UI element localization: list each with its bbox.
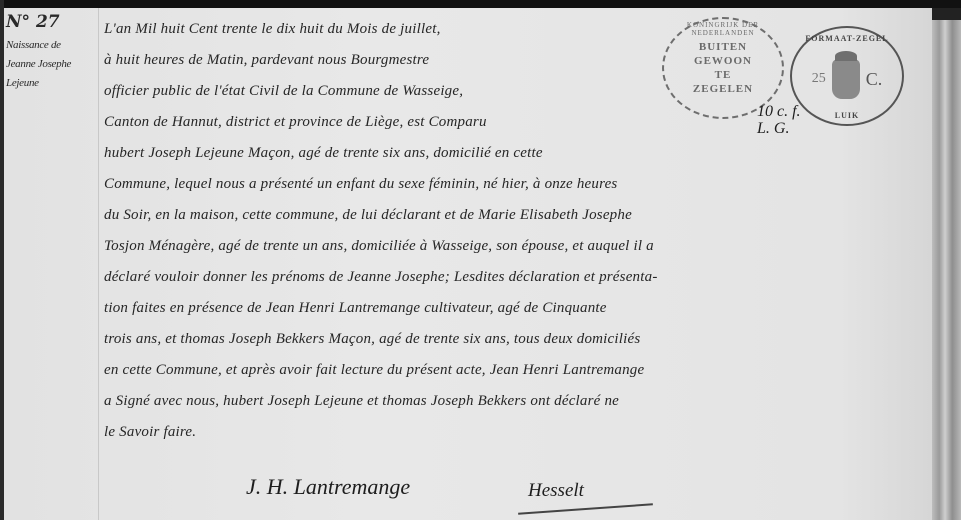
margin-line: Lejeune bbox=[6, 74, 96, 93]
text-line: officier public de l'état Civil de la Co… bbox=[104, 76, 664, 107]
stamp-ring-text: KONINGRIJK DER NEDERLANDEN bbox=[664, 21, 782, 37]
fee-line: 10 c. f. bbox=[757, 103, 801, 120]
margin-annotation: N° 27 Naissance de Jeanne Josephe Lejeun… bbox=[6, 12, 96, 93]
margin-line: Jeanne Josephe bbox=[6, 55, 96, 74]
stamp-value: 25 bbox=[812, 71, 826, 87]
official-signature: Hesselt bbox=[528, 480, 584, 502]
text-line: à huit heures de Matin, pardevant nous B… bbox=[104, 45, 664, 76]
act-number: N° 27 bbox=[6, 12, 96, 32]
stamp-line: GEWOON bbox=[694, 54, 752, 68]
text-line: hubert Joseph Lejeune Maçon, agé de tren… bbox=[104, 138, 929, 169]
book-binding-edge bbox=[932, 20, 961, 520]
scan-left-edge bbox=[0, 0, 4, 520]
text-line: L'an Mil huit Cent trente le dix huit du… bbox=[104, 14, 664, 45]
stamp-line: TE bbox=[715, 68, 732, 82]
stamp-ring-bottom: LUIK bbox=[835, 111, 859, 120]
stamp-line: ZEGELEN bbox=[693, 82, 753, 96]
text-line: trois ans, et thomas Joseph Bekkers Maço… bbox=[104, 324, 929, 355]
text-line: en cette Commune, et après avoir fait le… bbox=[104, 355, 929, 386]
text-line: le Savoir faire. bbox=[104, 417, 244, 448]
text-line: Tosjon Ménagère, agé de trente un ans, d… bbox=[104, 231, 929, 262]
margin-rule bbox=[98, 8, 99, 520]
stamp-line: BUITEN bbox=[699, 40, 747, 54]
witness-signature: J. H. Lantremange bbox=[246, 474, 410, 500]
text-line: tion faites en présence de Jean Henri La… bbox=[104, 293, 929, 324]
text-line: Canton de Hannut, district et province d… bbox=[104, 107, 744, 138]
stamp-ring-top: FORMAAT-ZEGEL bbox=[805, 34, 888, 43]
stamp-unit: C. bbox=[866, 69, 883, 90]
fee-annotation: 10 c. f. L. G. bbox=[757, 103, 801, 137]
text-line: du Soir, en la maison, cette commune, de… bbox=[104, 200, 929, 231]
margin-line: Naissance de bbox=[6, 36, 96, 55]
crowned-shield-icon bbox=[832, 59, 860, 99]
scan-top-border bbox=[0, 0, 961, 8]
text-line: déclaré vouloir donner les prénoms de Je… bbox=[104, 262, 929, 293]
fee-line: L. G. bbox=[757, 120, 801, 137]
format-seal-stamp: FORMAAT-ZEGEL 25 C. LUIK bbox=[790, 26, 904, 126]
text-line: Commune, lequel nous a présenté un enfan… bbox=[104, 169, 929, 200]
text-line: a Signé avec nous, hubert Joseph Lejeune… bbox=[104, 386, 929, 417]
